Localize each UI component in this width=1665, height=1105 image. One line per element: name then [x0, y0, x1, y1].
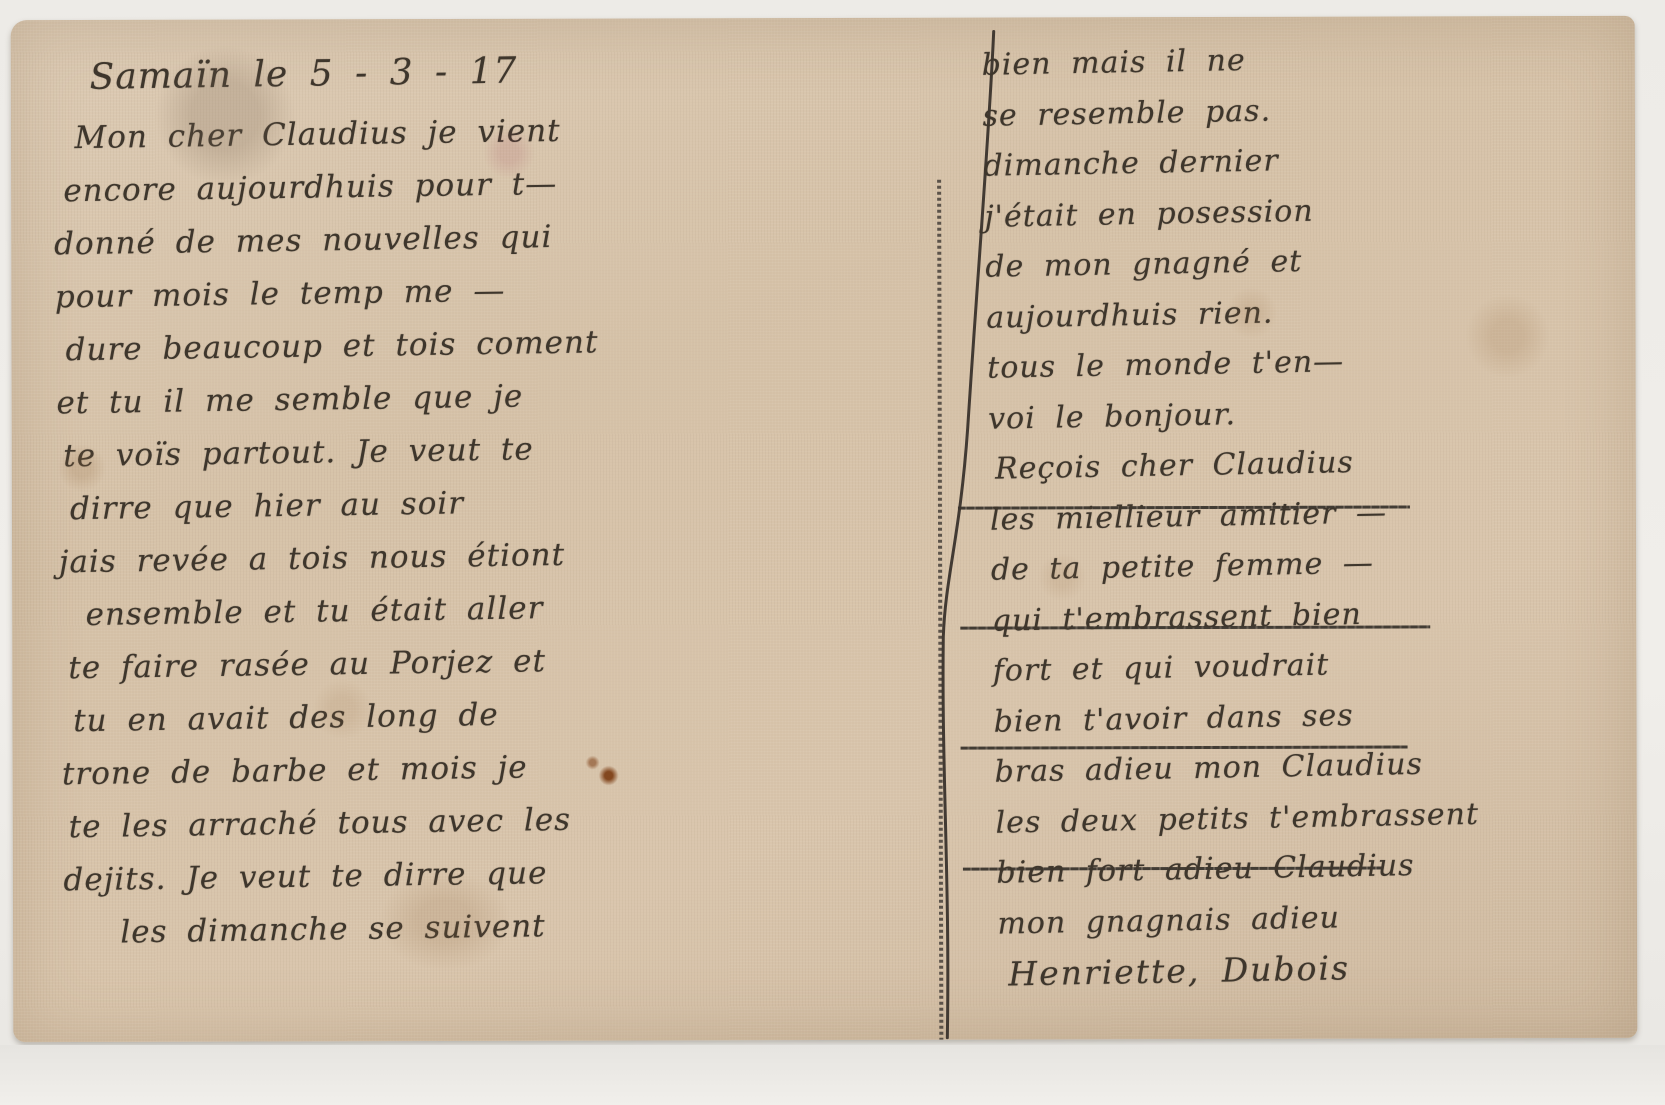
message-right-column: bien mais il ne se resemble pas. dimanch… [981, 29, 1637, 1000]
handwritten-line: les dimanche se suivent [120, 894, 945, 959]
message-left-column: Samaïn le 5 - 3 - 17 Mon cher Claudius j… [51, 38, 944, 960]
handwritten-date-line: Samaïn le 5 - 3 - 17 [89, 38, 932, 103]
signature-line: Henriette, Dubois [1008, 938, 1637, 1000]
scan-bottom-edge [0, 1045, 1665, 1105]
postcard-back: Samaïn le 5 - 3 - 17 Mon cher Claudius j… [11, 16, 1638, 1042]
